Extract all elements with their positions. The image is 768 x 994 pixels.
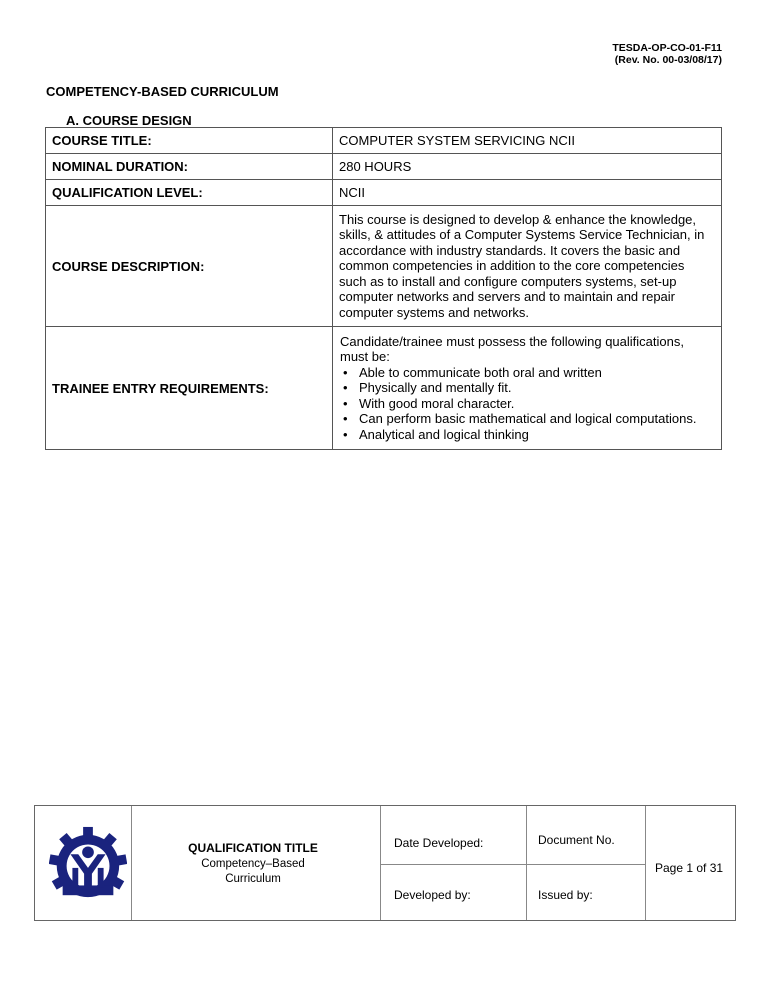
list-item: With good moral character. (340, 396, 715, 411)
section-title: A. COURSE DESIGN (66, 113, 192, 128)
course-description-cell: This course is designed to develop & enh… (333, 206, 722, 327)
footer-divider (645, 806, 646, 920)
nominal-duration-label: NOMINAL DURATION: (46, 154, 333, 180)
qualification-level-label: QUALIFICATION LEVEL: (46, 180, 333, 206)
qualification-subtitle-1: Competency–Based (133, 857, 373, 872)
document-reference: TESDA-OP-CO-01-F11 (Rev. No. 00-03/08/17… (612, 42, 722, 66)
footer-divider (131, 806, 132, 920)
course-design-table: COURSE TITLE: COMPUTER SYSTEM SERVICING … (45, 127, 722, 450)
document-code: TESDA-OP-CO-01-F11 (612, 42, 722, 54)
footer-divider (526, 806, 527, 920)
document-revision: (Rev. No. 00-03/08/17) (612, 54, 722, 66)
issued-by-label: Issued by: (538, 888, 593, 902)
nominal-duration-value: 280 HOURS (333, 154, 722, 180)
table-row: NOMINAL DURATION: 280 HOURS (46, 154, 722, 180)
date-developed-label: Date Developed: (394, 836, 483, 850)
course-title-label: COURSE TITLE: (46, 128, 333, 154)
qualification-title-block: QUALIFICATION TITLE Competency–Based Cur… (133, 841, 373, 887)
table-row: COURSE DESCRIPTION: This course is desig… (46, 206, 722, 327)
course-description-label: COURSE DESCRIPTION: (46, 206, 333, 327)
trainee-entry-requirements-label: TRAINEE ENTRY REQUIREMENTS: (46, 327, 333, 450)
qualification-level-value: NCII (333, 180, 722, 206)
qualification-title: QUALIFICATION TITLE (188, 841, 318, 855)
table-row: TRAINEE ENTRY REQUIREMENTS: Candidate/tr… (46, 327, 722, 450)
list-item: Physically and mentally fit. (340, 380, 715, 395)
footer-row-divider (380, 864, 645, 865)
list-item: Able to communicate both oral and writte… (340, 365, 715, 380)
qualification-subtitle-2: Curriculum (133, 872, 373, 887)
table-row: QUALIFICATION LEVEL: NCII (46, 180, 722, 206)
document-no-label: Document No. (538, 833, 615, 847)
developed-by-label: Developed by: (394, 888, 471, 902)
list-item: Can perform basic mathematical and logic… (340, 411, 715, 426)
course-description-text: This course is designed to develop & enh… (339, 210, 715, 322)
page-heading: COMPETENCY-BASED CURRICULUM (46, 84, 279, 99)
course-title-value: COMPUTER SYSTEM SERVICING NCII (333, 128, 722, 154)
table-row: COURSE TITLE: COMPUTER SYSTEM SERVICING … (46, 128, 722, 154)
list-item: Analytical and logical thinking (340, 427, 715, 442)
requirements-list: Able to communicate both oral and writte… (340, 365, 715, 442)
requirements-intro: Candidate/trainee must possess the follo… (340, 334, 715, 365)
trainee-entry-requirements-cell: Candidate/trainee must possess the follo… (333, 327, 722, 450)
page-footer: QUALIFICATION TITLE Competency–Based Cur… (34, 805, 736, 921)
footer-divider (380, 806, 381, 920)
tesda-logo-icon (49, 824, 127, 904)
page-number: Page 1 of 31 (655, 861, 723, 875)
